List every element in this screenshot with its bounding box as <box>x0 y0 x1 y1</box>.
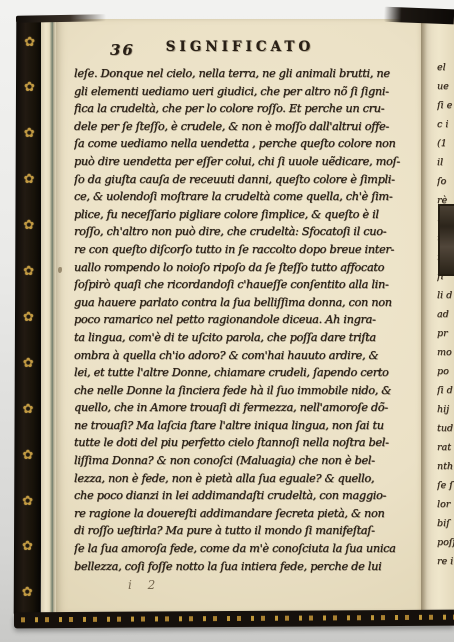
edge-fragment-text: (1 <box>437 134 454 153</box>
gold-fleuron-icon: ✿ <box>15 342 42 384</box>
edge-fragment-text: nth <box>437 457 454 476</box>
edge-fragment-text: li d <box>437 286 454 305</box>
gold-fleuron-icon: ✿ <box>15 250 42 292</box>
edge-fragment-text: il <box>437 153 454 172</box>
text-line: plice, fu neceſſario pigliare colore ſim… <box>74 206 410 224</box>
binding-bottom-edge <box>14 610 454 629</box>
gold-fleuron-icon: ✿ <box>16 67 43 109</box>
text-line: ſe la ſua amoroſa fede, come da m'è cono… <box>74 540 410 558</box>
text-line: ſoſpirò quaſi che ricordandoſi c'haueſſe… <box>74 276 410 294</box>
gold-fleuron-icon: ✿ <box>16 113 43 155</box>
text-line: gli elementi uediamo ueri giudici, che p… <box>74 83 410 101</box>
text-line: quello, che in Amore trouaſi di fermezza… <box>74 399 410 417</box>
gold-fleuron-icon: ✿ <box>14 480 41 522</box>
gold-fleuron-icon: ✿ <box>16 159 43 201</box>
text-line: ſo da giuſta cauſa de receuuti danni, qu… <box>74 171 410 189</box>
edge-fragment-text: re i <box>437 552 454 571</box>
edge-fragment-text: mo <box>437 343 454 362</box>
book-spine: ✿✿✿✿✿✿✿✿✿✿✿✿✿ <box>14 17 44 618</box>
text-line: ce, & uolendoſi moſtrare la crudeltà com… <box>74 188 410 206</box>
gold-fleuron-icon: ✿ <box>14 434 41 476</box>
text-line: dele per ſe ſteſſo, è crudele, & non è m… <box>74 118 410 136</box>
edge-fragment-text: pr <box>437 324 454 343</box>
text-line: tutte le doti del piu perfetto cielo ſta… <box>74 434 410 452</box>
text-line: ſa come uediamo nella uendetta , perche … <box>74 135 410 153</box>
page-header: 36 SIGNIFICATO <box>74 39 406 65</box>
text-line: re con queſto diſcorſo tutto in ſe racco… <box>74 241 410 259</box>
edge-fragment-text: hij <box>437 400 454 419</box>
woodcut-thumbnail <box>438 204 454 276</box>
binding-top-edge-right <box>384 7 454 25</box>
edge-fragment-text: po <box>437 362 454 381</box>
book-page: 36 SIGNIFICATO leſe. Donque nel cielo, n… <box>56 19 422 614</box>
edge-fragment-text: ſe ſ <box>437 476 454 495</box>
edge-fragment-text: rat <box>437 438 454 457</box>
edge-fragment-text: ſi e <box>437 96 454 115</box>
gold-fleuron-icon: ✿ <box>15 205 42 247</box>
text-line: può dire uendetta per eſſer colui, chi ſ… <box>74 153 410 171</box>
edge-fragment-text: tud <box>437 419 454 438</box>
stain-speck <box>58 267 62 273</box>
text-line: ta lingua, com'è di te uſcito parola, ch… <box>74 329 410 347</box>
text-line: che nelle Donne la ſinciera fede hà il ſ… <box>74 382 410 400</box>
text-block: leſe. Donque nel cielo, nella terra, ne … <box>74 65 410 575</box>
edge-fragment-text: poſſ <box>437 533 454 552</box>
text-line: re ragione la douereſti addimandare ſecr… <box>74 505 410 523</box>
text-line: roſſo, ch'altro non può dire, che crudel… <box>74 223 410 241</box>
gold-fleuron-icon: ✿ <box>15 388 42 430</box>
text-line: fica la crudeltà, che per lo colore roſſ… <box>74 100 410 118</box>
text-line: lezza, non è fede, non è pietà alla ſua … <box>74 470 410 488</box>
edge-fragment-text: biſ <box>437 514 454 533</box>
text-line: lei, et tutte l'altre Donne, chiamare cr… <box>74 364 410 382</box>
edge-fragment-text: lor <box>437 495 454 514</box>
text-line: ne trouaſi? Ma laſcia ſtare l'altre iniq… <box>74 417 410 435</box>
gold-fleuron-icon: ✿ <box>14 572 41 614</box>
edge-fragment-text: ſi d <box>437 381 454 400</box>
gold-fleuron-icon: ✿ <box>15 296 42 338</box>
facing-page-edge: elueſi ec i(1ilſorèqumſili dadprmopoſi d… <box>421 14 454 614</box>
edge-fragment-text: ſo <box>437 172 454 191</box>
text-line: ombra à quella ch'io adoro? & com'hai ha… <box>74 347 410 365</box>
text-line: di roſſo ueſtirla? Ma pure à tutto il mo… <box>74 522 410 540</box>
folio-number: 36 <box>110 41 135 59</box>
signature-mark: i 2 <box>128 578 406 592</box>
text-line: leſe. Donque nel cielo, nella terra, ne … <box>74 65 410 83</box>
text-line: gua hauere parlato contra la ſua belliſſ… <box>74 294 410 312</box>
text-line: uallo rompendo lo noioſo ripoſo da ſe ſt… <box>74 259 410 277</box>
edge-fragment-text: el <box>437 58 454 77</box>
edge-fragment-text: ue <box>437 77 454 96</box>
text-line: che poco dianzi in lei addimandaſti crud… <box>74 487 410 505</box>
text-line: bellezza, coſi foſſe notto la ſua intier… <box>74 558 410 576</box>
edge-fragment-text: ad <box>437 305 454 324</box>
gold-fleuron-icon: ✿ <box>16 21 43 63</box>
gold-fleuron-icon: ✿ <box>14 526 41 568</box>
gilt-dots-ornament <box>14 615 454 623</box>
edge-fragments: elueſi ec i(1ilſorèqumſili dadprmopoſi d… <box>437 58 454 571</box>
edge-fragment-text: c i <box>437 115 454 134</box>
text-line: poco ramarico nel petto ragionandole dic… <box>74 311 410 329</box>
text-line: liſſima Donna? & non conoſci (Maluagia) … <box>74 452 410 470</box>
